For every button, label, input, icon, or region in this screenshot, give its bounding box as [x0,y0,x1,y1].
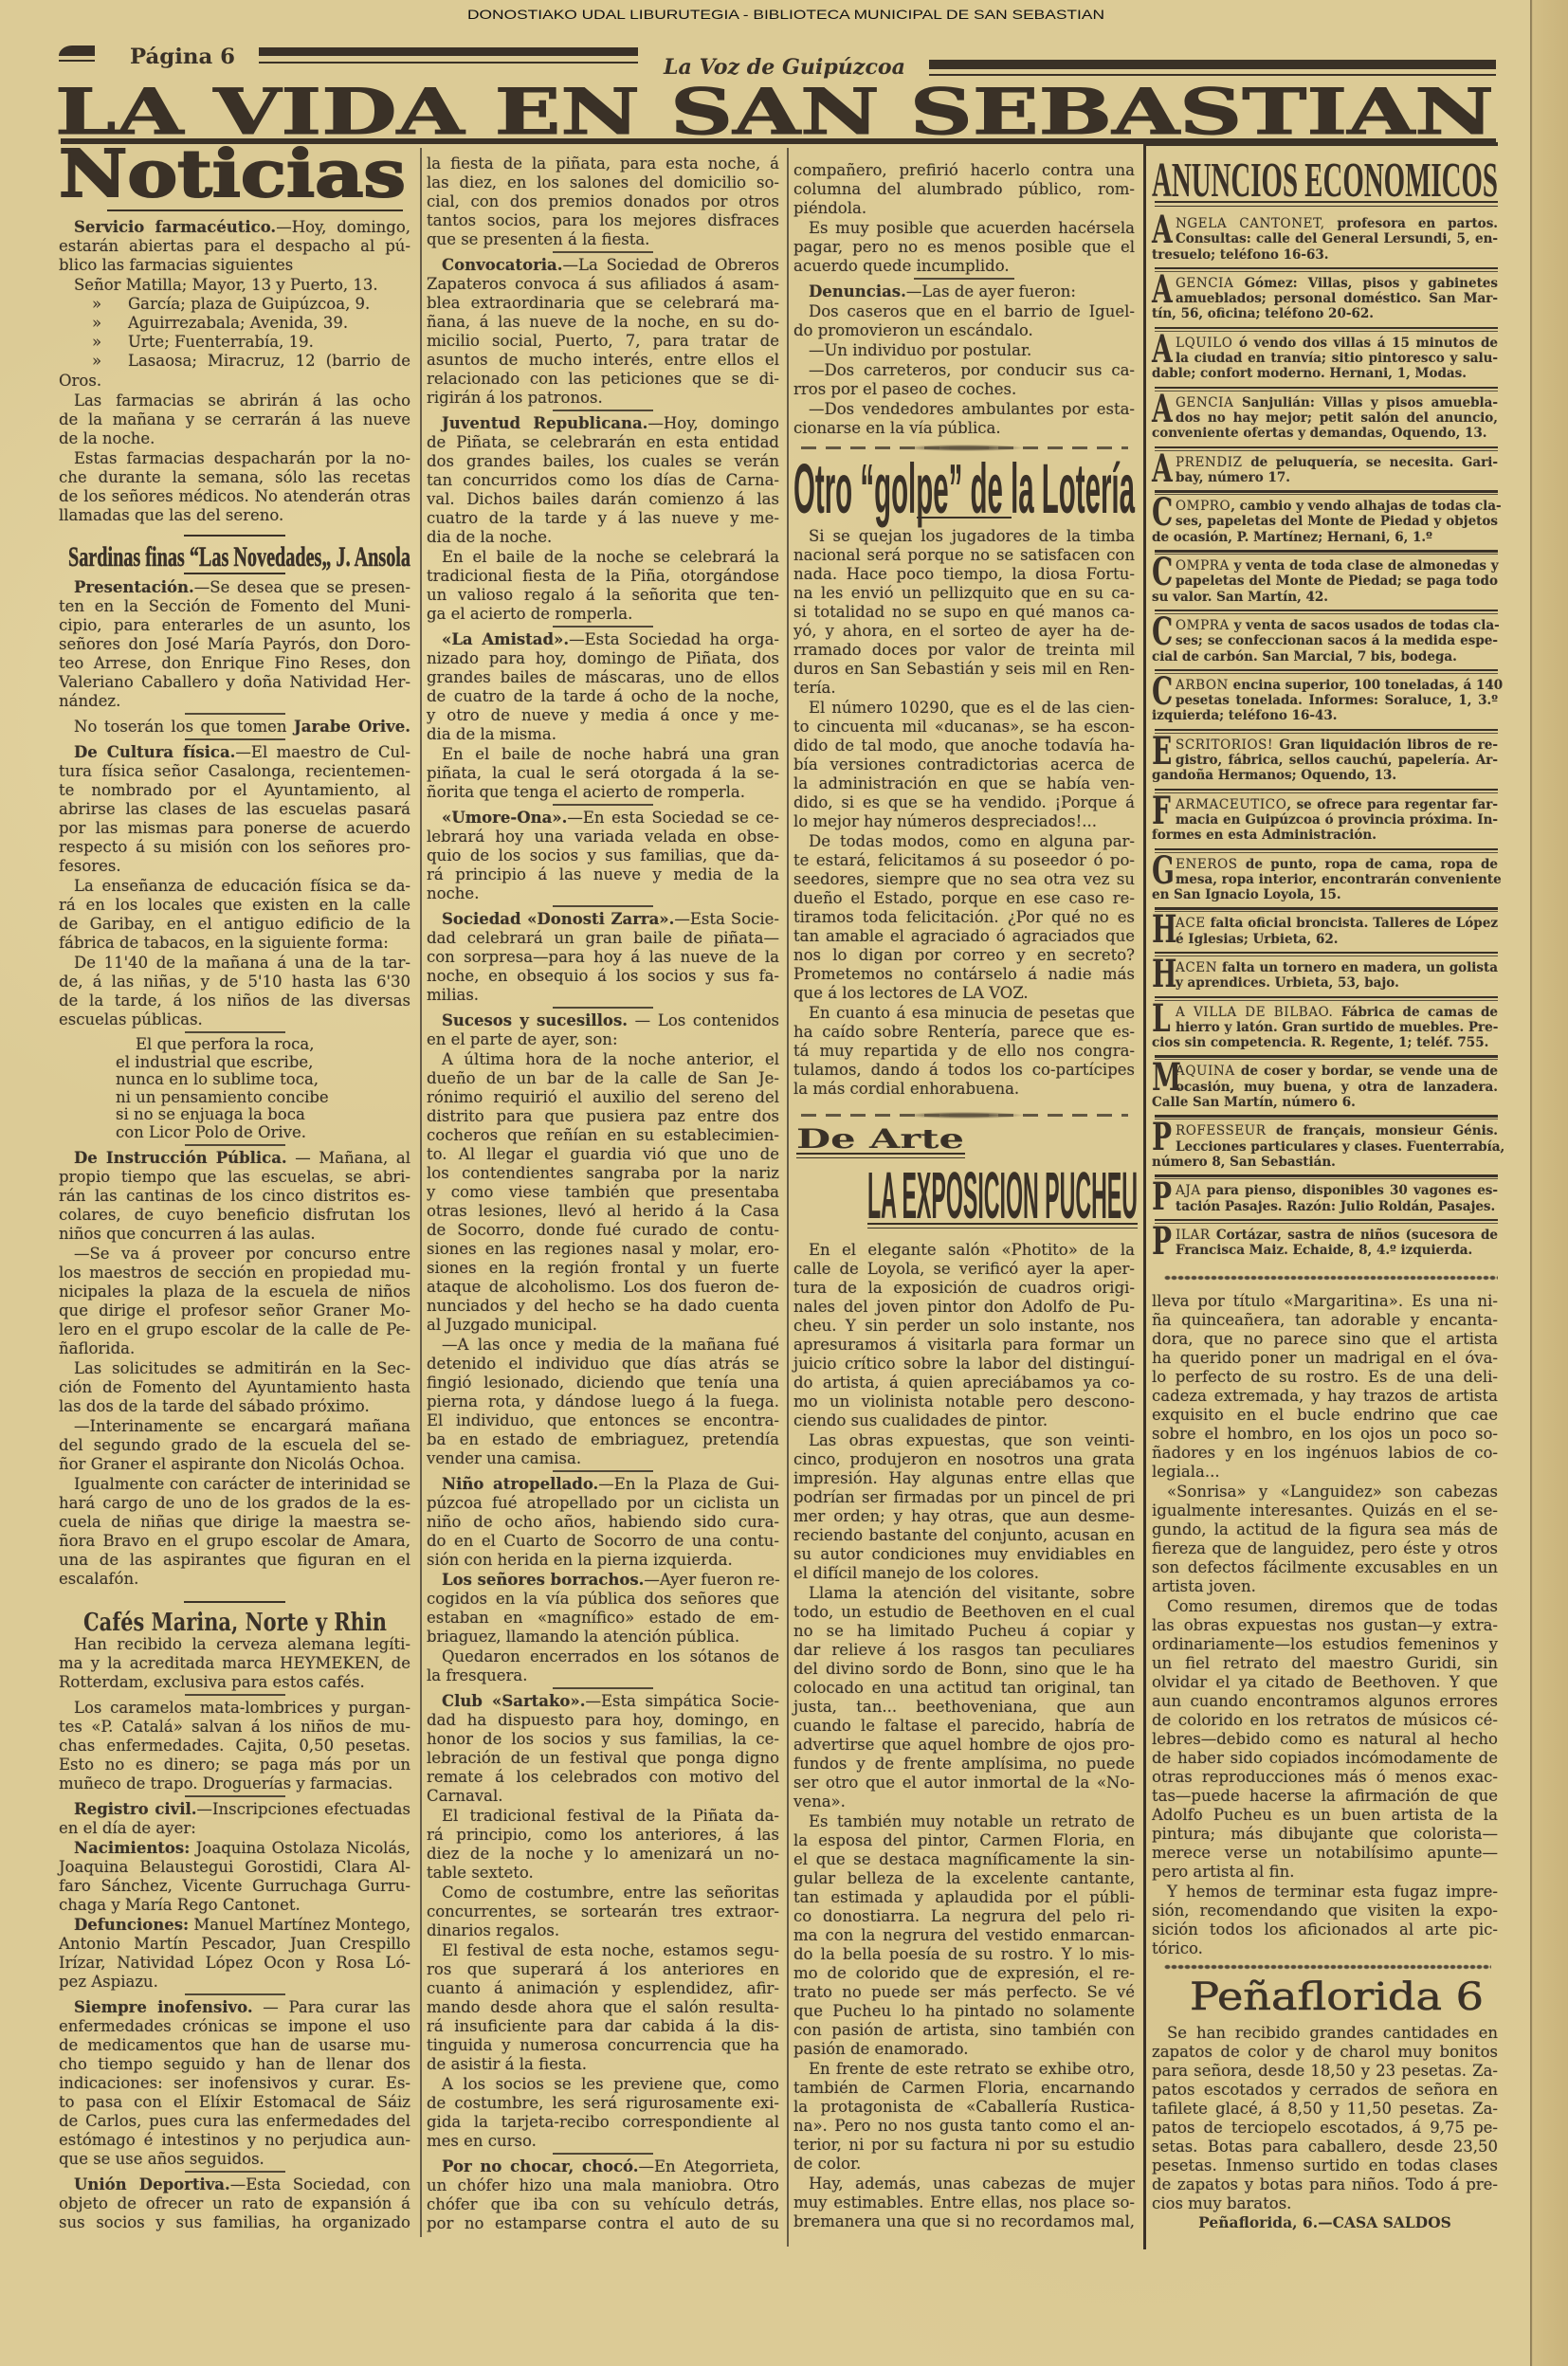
line-text: escuelas públicas. [59,1010,203,1028]
ad-line-text: tación Pasajes. Razón: Julio Roldán, Pas… [1176,1199,1495,1214]
classified-ad: AGENCIA Gómez: Villas, pisos y gabinetes… [1152,276,1498,322]
ad-line-text: cial de carbón. San Marcial, 7 bis, bode… [1152,649,1457,664]
line-text: honor de los socios y sus familias, la c… [427,1730,779,1748]
ad-separator-rule [1152,485,1498,499]
line-text: la fresquera. [427,1666,528,1684]
text-line: A última hora de la noche anterior, el [427,1050,779,1069]
ad-line-text: gistro, fábrica, sellos cauchú, papelerí… [1176,753,1498,768]
line-text: En el baile de la noche se celebrará la [442,548,779,566]
article: Servicio farmacéutico.—Hoy, domingo,esta… [59,218,410,525]
text-line: fundos y de frente amplísima, no puede [793,1755,1135,1774]
ad-line: en San Ignacio Loyola, 15. [1152,887,1498,902]
separator-rule [427,1005,779,1011]
line-text: en el día de ayer: [59,1819,196,1837]
line-text: púzcoa fué atropellado por un ciclista u… [427,1494,779,1512]
text-line: cuela de niñas que dirige la maestra se- [59,1513,410,1532]
ad-separator-rule [1152,322,1498,336]
text-line: pintura; más dibujante que colorista— [1152,1825,1498,1844]
text-line: cocheros que reñían en su establecimien- [427,1126,779,1145]
text-line: podrían ser firmadas por un pincel de pr… [793,1488,1135,1507]
heading-rule [107,209,403,211]
ad-lead-word: ARMACEUTICO [1176,797,1286,812]
text-line: acuerdo quede incumplido. [793,257,1135,276]
line-text: to cincuenta mil «ducanas», se ha escon- [793,718,1135,736]
line-text: gundo, la actitud de la figura sea más d… [1152,1520,1498,1538]
line-text: de cuatro de la tarde á ocho de la noche… [427,687,779,705]
poem-line: El que perfora la roca, [59,1036,410,1054]
text-line: calle de Loyola, se verificó ayer la ape… [793,1260,1135,1279]
line-text: —Hoy, domingo, [276,218,410,236]
text-line: justa, tan... beethoveniana, que aun [793,1698,1135,1717]
list-bullet: » [92,352,101,371]
text-line: escalafón. [59,1570,410,1589]
line-text: pero artista al fin. [1152,1863,1294,1881]
text-line: para señora, desde 18,50 y 23 pesetas. Z… [1152,2062,1498,2081]
paragraph: En el baile de la noche se celebrará lat… [427,548,779,624]
text-line: por las mismas para ponerse de acuerdo [59,819,410,838]
separator-rule [59,2169,410,2175]
line-text: un fiel retrato del maestro Guridi, sin [1152,1654,1498,1672]
ad-line: AQUINA de coser y bordar, se vende una d… [1152,1064,1498,1079]
line-text: nacional será porque no se satisfacen co… [793,546,1135,564]
text-line: todo, un estudio de Beethoven en el cual [793,1603,1135,1622]
text-line: que se use años seguidos. [59,2150,410,2169]
ad-separator-rule [1152,902,1498,916]
line-text: milias. [427,986,479,1004]
text-line: cheu. Y sin perder un solo instante, nos [793,1317,1135,1336]
text-line: yó, y ahora, en el sorteo de ayer ha de- [793,622,1135,641]
text-line: y otro de nueve y media á once y me- [427,706,779,725]
paragraph: Dos caseros que en el barrio de Iguel-do… [793,302,1135,340]
lottery-headline: Otro “golpe” de la Lotería [793,454,1136,519]
line-text: dido de tal modo, que anoche todavía ha- [793,737,1135,755]
ad-heading-sardinas-text: Sardinas finas “Las Novedades„ J. Ansola [68,541,410,573]
line-text: de Socorro, donde fué curado de contu- [427,1221,779,1239]
line-text: concurrentes, se sortearán tres extraor- [427,1902,779,1920]
line-text: bremanera una que si no recordamos mal, [793,2212,1135,2230]
ad-line: ROFESSEUR de français, monsieur Génis. [1152,1123,1498,1138]
line-text: exquisito en el bucle endrino que cae [1152,1406,1498,1424]
text-line: bía versiones contradictorias acerca de [793,755,1135,774]
ad-line-text: falta oficial broncista. Talleres de Lóp… [1206,916,1498,931]
ad-line-text: Fábrica de camas de [1333,1005,1498,1020]
text-line: Unión Deportiva.—Esta Sociedad, con [59,2175,410,2194]
line-text: —La Sociedad de Obreros [563,256,780,274]
text-line: ba en estado de embriaguez, pretendía [427,1430,779,1449]
line-text: ciendo sus cualidades de pintor. [793,1411,1048,1429]
line-text: te estará, felicitamos á su poseedor ó p… [793,851,1135,869]
text-line: ser otro que el autor inmortal de la «No… [793,1774,1135,1793]
text-line: tiramos toda felicitación. ¿Por qué no e… [793,908,1135,927]
text-line: impresión. Hay algunas entre ellas que [793,1469,1135,1488]
classified-ad: COMPRA y venta de toda clase de almoneda… [1152,558,1498,605]
separator-rule [59,1142,410,1149]
text-line: tá muy repartida y de ello nos congra- [793,1042,1135,1061]
line-text: y como viese también que presentaba [427,1183,779,1201]
line-text: cuanto á animación y esplendidez, afir- [427,1979,779,1997]
paragraph: De 11'40 de la mañana á una de la tar-de… [59,954,410,1029]
paragraph: Defunciones: Manuel Martínez Montego,Ant… [59,1916,410,1992]
line-text: relacionado con las peticiones que se di… [427,370,779,388]
text-line: sión con herida en la pierna izquierda. [427,1551,779,1570]
line-text: pagar, pero no es menos posible que el [793,238,1135,256]
line-text: cipio, para enterarles de un asunto, los [59,616,410,634]
line-text: El festival de esta noche, estamos segu- [442,1941,779,1959]
paragraph: Como resumen, diremos que de todaslas ob… [1152,1597,1498,1882]
text-line: Sucesos y sucesillos. — Los contenidos [427,1011,779,1030]
article: El que perfora la roca,el industrial que… [59,1036,410,1142]
separator-rule [427,1685,779,1692]
drop-cap-initial: P [1152,1180,1172,1214]
text-line: exquisito en el bucle endrino que cae [1152,1406,1498,1425]
text-line: reciendo bastante del conjunto, acusan e… [793,1526,1135,1545]
text-line: De 11'40 de la mañana á una de la tar- [59,954,410,973]
news-block-pharmacies: Servicio farmacéutico.—Hoy, domingo,esta… [59,218,410,525]
line-text: de medicamentos que han de usarse mu- [59,2036,410,2054]
line-text: Es muy posible que acuerden hacérsela [809,219,1135,237]
line-text: Han recibido la cerveza alemana legíti- [74,1635,410,1653]
paragraph: En el baile de noche habrá una granpiñat… [427,745,779,802]
text-line: te nombrado por el Ayuntamiento, al [59,781,410,800]
line-text: En frente de este retrato se exhibe otro… [809,2060,1135,2078]
separator-rule [427,1468,779,1475]
ad-heading-cafes-text: Cafés Marina, Norte y Rhin [83,1609,387,1637]
separator-rule [427,2151,779,2157]
text-line: te estará, felicitamos á su poseedor ó p… [793,851,1135,870]
paragraph: Llama la atención del visitante, sobreto… [793,1584,1135,1811]
separator-rule [184,535,285,537]
text-line: pesetas. Inmenso surtido en todas clases [1152,2157,1498,2175]
classified-ad: PROFESSEUR de français, monsieur Génis.L… [1152,1123,1498,1170]
text-line: con pasión de artista, sino también con [793,2021,1135,2040]
classified-ad: COMPRA y venta de sacos usados de todas … [1152,618,1498,664]
line-text: tafilete glacé, á 8,50 y 11,50 pesetas. … [1152,2100,1498,2118]
ad-line-text: dable; confort moderno. Hernani, 1, Moda… [1152,366,1467,381]
line-text: si totalidad no se supo en qué manos ca- [793,603,1135,621]
ad-line-text: Sanjulián: Villas y pisos amuebla- [1233,395,1498,410]
text-line: tura de la exposición de cuadros origi- [793,1279,1135,1298]
line-text: para señora, desde 18,50 y 23 pesetas. Z… [1152,2062,1498,2080]
line-text: gida la tarjeta-recibo correspondiente a… [427,2113,779,2131]
line-text: de Carlos, pues cura las enfermedades de… [59,2112,410,2130]
line-text: un chófer hizo una mala maniobra. Otro [427,2176,779,2194]
line-text: la protagonista de «Caballería Rustica- [793,2098,1135,2116]
ad-line-text: y venta de sacos usados de todas cla- [1230,618,1500,633]
drop-cap-initial: C [1152,675,1173,709]
line-text: Se han recibido grandes cantidades en [1167,2024,1498,2042]
line-text: —Dos vendedores ambulantes por esta- [809,400,1135,418]
text-line: en el parte de ayer, son: [427,1030,779,1049]
line-text: Prometemos no contárselo á nadie más [793,965,1135,983]
poem-line: ni un pensamiento concibe [59,1089,410,1107]
article: Han recibido la cerveza alemana legíti-m… [59,1635,410,1692]
drop-cap-initial: F [1152,794,1171,828]
list-bullet: » [92,333,101,352]
paragraph: De Instrucción Pública. — Mañana, alprop… [59,1149,410,1244]
text-line: «Umore-Ona».—En esta Sociedad se ce- [427,809,779,828]
text-line: ñaflorida. [59,1339,410,1358]
ad-separator-rule [1152,605,1498,618]
line-text: dia de la misma. [427,725,556,743]
text-line: De Instrucción Pública. — Mañana, al [59,1149,410,1168]
text-line: mer orden; y hay otras, que aun desme- [793,1507,1135,1526]
separator-rule [59,1793,410,1800]
line-text: piñata, la cual le será otorgada á la se… [427,764,779,782]
line-text: y otro de nueve y media á once y me- [427,706,779,724]
text-line: noche, en obsequio á los socios y sus fa… [427,967,779,986]
text-line: Las farmacias se abrirán á las ocho [59,391,410,410]
line-text: nández. [59,692,120,710]
line-text: apresuramos á visitarla para formar un [793,1336,1135,1354]
text-line: lebres—debido como es natural al hecho [1152,1730,1498,1749]
text-line: distrito para que pusiera paz entre dos [427,1107,779,1126]
line-text: enfermedades crónicas se impone el uso [59,2017,410,2035]
line-text: de la noche. [59,429,155,447]
paragraph-lead: Juventud Republicana. [442,414,647,432]
line-text: ción de Fomento del Ayuntamiento hasta [59,1378,410,1396]
line-text: colocado en una actitud tan original, ta… [793,1679,1135,1697]
line-text: che durante la semana, sólo las recetas [59,468,410,486]
line-text: tórico. [1152,1939,1203,1957]
text-line: cinco, produjeron en nosotros una grata [793,1450,1135,1469]
article: Unión Deportiva.—Esta Sociedad, conobjet… [59,2175,410,2232]
line-text: ñadores y en los ingénuos labios de co- [1152,1444,1498,1462]
line-text: zapatos de color y de charol muy bonitos [1152,2043,1498,2061]
line-text: de Garibay, en el antiguo edificio de la [59,915,410,933]
text-line: lo mejor hay números despreciados!... [793,812,1135,831]
paragraph: Convocatoria.—La Sociedad de ObrerosZapa… [427,256,779,408]
line-text: De 11'40 de la mañana á una de la tar- [74,954,410,972]
ad-line-text: tín, 56, oficina; teléfono 20-62. [1152,306,1374,321]
text-line: fiereza que de languidez, pero éste y ot… [1152,1539,1498,1558]
line-text: A los socios se les previene que, como [442,2075,779,2093]
news-block-societies: la fiesta de la piñata, para esta noche,… [427,155,779,2233]
text-line: co donostiarra. La negrura del pelo ri- [793,1907,1135,1926]
text-line: Sociedad «Donosti Zarra».—Esta Socie- [427,910,779,929]
ad-line-text: y aprendices. Urbieta, 53, bajo. [1176,975,1399,991]
line-text: ma y la acreditada marca HEYMEKEN, de [59,1654,410,1672]
line-text: justa, tan... beethoveniana, que aun [793,1698,1135,1716]
text-line: lebrará hoy una variada velada en obse- [427,828,779,846]
ad-lead-word: OMPRA [1176,618,1230,633]
text-line: enfermedades crónicas se impone el uso [59,2017,410,2036]
text-line: los maestros de sección en propiedad mu- [59,1264,410,1283]
text-line: de Carlos, pues cura las enfermedades de… [59,2112,410,2131]
ad-line-text: en San Ignacio Loyola, 15. [1152,887,1341,902]
line-text: noche, en obsequio á los socios y sus fa… [427,967,779,985]
paragraph-lead: Sociedad «Donosti Zarra». [442,910,674,928]
ad-line: GENCIA Gómez: Villas, pisos y gabinetes [1152,276,1498,291]
line-text: sobre el hombro, en los ojos un poco so- [1152,1425,1498,1443]
line-text: —En Ategorrieta, [639,2157,779,2175]
line-text: rá principio á las nueve y media de la [427,865,779,883]
text-line: tura física señor Casalonga, recientemen… [59,762,410,781]
line-text: noche. [427,884,479,902]
column-divider-3 [1143,144,1146,2249]
article: Sucesos y sucesillos. — Los contenidosen… [427,1011,779,1468]
ad-line-text: ses; se confeccionan sacos á la medida e… [1176,633,1498,648]
text-line: cios muy baratos. [1152,2194,1498,2213]
text-line: sobre el hombro, en los ojos un poco so- [1152,1425,1498,1444]
line-text: una de las aspirantes que figuran en el [59,1551,410,1569]
text-line: llamadas que las del sereno. [59,506,410,525]
line-text: Hay, además, unas cabezas de mujer [809,2175,1135,2193]
line-text: —Esta Sociedad, con [230,2175,410,2193]
line-text: la más cordial enhorabuena. [793,1080,1019,1098]
text-line: En el elegante salón «Photito» de la [793,1241,1135,1260]
line-text: Esto no es dinero; se paga más por un [59,1756,410,1774]
drop-cap-initial: A [1152,392,1173,427]
text-line: dido, si es que se ha vendido. ¡Porque á [793,793,1135,812]
text-line: el que se destaca magníficamente la sin- [793,1850,1135,1869]
text-line: Irízar, Natividad López Ocon y Rosa Ló- [59,1954,410,1973]
line-text: En el elegante salón «Photito» de la [809,1241,1135,1259]
separator-rule [59,1692,410,1699]
text-line: por no estamparse contra el auto de su [427,2214,779,2233]
text-line: chófer que iba con su vehículo detrás, [427,2195,779,2214]
list-item-text: García; plaza de Guipúzcoa, 9. [128,295,370,313]
text-line: Convocatoria.—La Sociedad de Obreros [427,256,779,275]
line-text: ña quinceañera, tan adorable y encanta- [1152,1311,1498,1329]
text-line: El festival de esta noche, estamos segu- [427,1941,779,1960]
ad-line: mesa, ropa interior, encontrarán conveni… [1152,872,1498,887]
ad-line: ses, papeletas del Monte de Piedad y obj… [1152,514,1498,529]
line-text: Dos caseros que en el barrio de Iguel- [809,302,1135,320]
ornament-rule [801,1114,1128,1117]
line-text: Como resumen, diremos que de todas [1167,1597,1498,1615]
text-line: rigirán á los patronos. [427,389,779,408]
line-text: Antonio Martín Pescador, Juan Crespillo [59,1935,410,1953]
text-line: ñor Graner el aspirante don Nicolás Ocho… [59,1455,410,1474]
ad-line: de ocasión, P. Martínez; Hernani, 6, 1.º [1152,530,1498,545]
exhibition-headline-text: LA EXPOSICION PUCHEU [867,1158,1138,1232]
text-line: otras lesiones, llevó al herido á la Cas… [427,1202,779,1221]
line-text: artista joven. [1152,1577,1256,1595]
text-line: también de Carmen Floria, encarnando [793,2079,1135,2098]
line-text: Si se quejan los jugadores de la timba [809,527,1135,545]
line-text: seedores, siempre que no sea otra vez su [793,870,1135,888]
text-line: nada. Hace poco tiempo, la diosa Fortu- [793,565,1135,584]
ad-line: NGELA CANTONET, profesora en partos. [1152,216,1498,231]
text-line: Prometemos no contárselo á nadie más [793,965,1135,984]
text-line: piñata, la cual le será otorgada á la se… [427,764,779,783]
text-line: ros que superará á los anteriores en [427,1960,779,1979]
ad-line: ILAR Cortázar, sastra de niños (sucesora… [1152,1228,1498,1243]
paragraph: «Umore-Ona».—En esta Sociedad se ce-lebr… [427,809,779,903]
ad-line: dable; confort moderno. Hernani, 1, Moda… [1152,366,1498,381]
text-line: En el baile de noche habrá una gran [427,745,779,764]
ad-line: bay, número 17. [1152,470,1498,485]
paragraph: En cuanto á esa minucia de pesetas queha… [793,1004,1135,1099]
text-line: artista joven. [1152,1577,1498,1596]
drop-cap-initial: A [1152,213,1173,247]
ad-line-text: dos no hay mejor; petit salón del anunci… [1176,410,1498,426]
text-line: tes «P. Catalá» salvan á los niños de mu… [59,1718,410,1737]
text-line: briaguez, llamando la atención pública. [427,1628,779,1647]
text-line: escuelas públicas. [59,1010,410,1029]
separator-rule [793,276,1135,282]
text-line: tan concurridos como los días de Carna- [427,471,779,490]
line-text: cheu. Y sin perder un solo instante, nos [793,1317,1135,1335]
line-text: fiereza que de languidez, pero éste y ot… [1152,1539,1498,1557]
text-line: pez Aspiazu. [59,1973,410,1992]
shoe-store-headline-text: Peñaflorida 6 [1190,1975,1484,2019]
line-text: rá principio, como los anteriores, á las [427,1826,779,1844]
text-line: tórico. [1152,1939,1498,1958]
text-line: de asistir á la fiesta. [427,2055,779,2074]
line-text: rá insuficiente para dar cabida á la dis… [427,2017,779,2035]
line-text: ñaflorida. [59,1339,135,1357]
line-text: la administración en que se había ven- [793,774,1135,792]
line-text: tan estimada y aplaudida por el públi- [793,1888,1135,1906]
line-text: micilio social, Puerto, 7, para tratar d… [427,332,779,350]
text-line: son defectos fácilmente excusables en un [1152,1558,1498,1577]
text-line: rá principio á las nueve y media de la [427,865,779,884]
classified-ad: LA VILLA DE BILBAO. Fábrica de camas deh… [1152,1005,1498,1051]
line-text: los maestros de sección en propiedad mu- [59,1264,410,1282]
line-text: de, á las niñas, y de 5'10 hasta las 6'3… [59,973,410,991]
separator-rule [427,903,779,910]
paragraph-lead: De Cultura física. [74,743,235,761]
text-line: de cuatro de la tarde á ocho de la noche… [427,687,779,706]
text-line: rán las cantinas de los cinco distritos … [59,1187,410,1206]
text-line: Los señores borrachos.—Ayer fueron re- [427,1571,779,1590]
text-line: —Interinamente se encargará mañana [59,1417,410,1436]
article: Los caramelos mata-lombrices y purgan-te… [59,1699,410,1793]
line-text: tan concurridos como los días de Carna- [427,471,779,489]
line-text: —Esta Sociedad ha orga- [569,630,779,648]
ad-lead-word: GENCIA [1176,276,1233,291]
line-text: lleva por título «Margaritina». Es una n… [1152,1292,1498,1310]
line-text: aun cuando encontramos algunos errores [1152,1692,1498,1710]
text-line: estómago é intestinos y no perjudica aun… [59,2131,410,2150]
paragraph: Y hemos de terminar esta fugaz impre-sió… [1152,1883,1498,1958]
line-text: Joaquina Belaustegui Gorostidi, Clara Al… [59,1858,410,1876]
line-text: indicaciones: ser inofensivos y curar. E… [59,2074,410,2092]
text-line: mo de colorido que de expresión, el re- [793,1964,1135,1983]
line-text: tura de la exposición de cuadros origi- [793,1279,1135,1297]
paragraph: Igualmente con carácter de interinidad s… [59,1475,410,1589]
text-line: asuntos de mucho interés, entre ellos el [427,351,779,370]
text-line: con sorpresa—para hoy á las nueve de la [427,948,779,967]
article: Siempre inofensivo. — Para curar lasenfe… [59,1998,410,2169]
text-line: Rotterdam, exclusiva para estos cafés. [59,1673,410,1692]
paragraph-lead: Los señores borrachos. [442,1571,644,1589]
line-text: en el parte de ayer, son: [427,1030,618,1048]
line-text: na». Pero no nos gusta tanto como el an- [793,2117,1135,2135]
line-text: rramado doces por valor de treinta mil [793,641,1135,659]
headline-underline [917,517,1012,519]
paragraph: —Interinamente se encargará mañanadel se… [59,1417,410,1474]
column-divider-2 [787,148,789,2247]
ad-line-text: número 8, San Sebastián. [1152,1155,1336,1170]
text-line: noche. [427,884,779,903]
text-line: honor de los socios y sus familias, la c… [427,1730,779,1749]
article: Niño atropellado.—En la Plaza de Gui-púz… [427,1475,779,1685]
paragraph-lead: Convocatoria. [442,256,563,274]
text-line: Club «Sartako».—Esta simpática Socie- [427,1692,779,1711]
text-line: hará cargo de uno de los grados de la es… [59,1494,410,1513]
line-text: Los caramelos mata-lombrices y purgan- [74,1699,410,1717]
text-line: patos de terciopelo escotados, á 9,75 pe… [1152,2119,1498,2138]
text-line: zapatos de color y de charol muy bonitos [1152,2043,1498,2062]
text-line: detenido el individuo que días atrás se [427,1355,779,1374]
article: la fiesta de la piñata, para esta noche,… [427,155,779,249]
paragraph: Si se quejan los jugadores de la timbana… [793,527,1135,698]
text-line: la fiesta de la piñata, para esta noche,… [427,155,779,173]
paragraph-lead: Servicio farmacéutico. [74,218,276,236]
line-text: na les envió un pellizquito que en su ca… [793,584,1135,602]
